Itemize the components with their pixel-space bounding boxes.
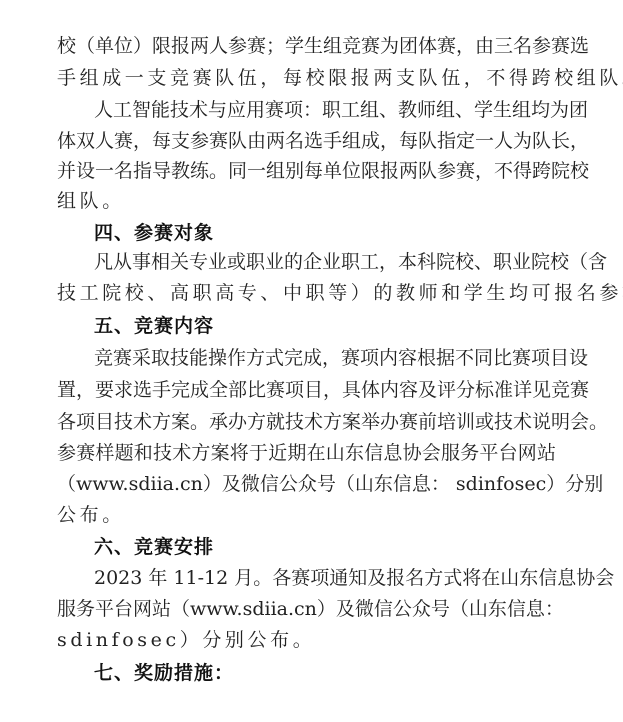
paragraph-line: 凡从事相关专业或职业的企业职工，本科院校、职业院校（含 (94, 247, 556, 277)
paragraph-line: 组队。 (57, 186, 556, 216)
paragraph-line: sdinfosec）分别公布。 (57, 625, 556, 655)
section-heading-content: 五、竞赛内容 (94, 311, 214, 341)
paragraph-line: 体双人赛，每支参赛队由两名选手组成，每队指定一人为队长， (57, 126, 556, 156)
paragraph-line: 各项目技术方案。承办方就技术方案举办赛前培训或技术说明会。 (57, 407, 569, 437)
paragraph-line: 公布。 (57, 500, 556, 530)
paragraph-line: 技工院校、高职高专、中职等）的教师和学生均可报名参赛。 (57, 278, 556, 308)
section-heading-rewards: 七、奖励措施： (94, 658, 234, 688)
section-heading-schedule: 六、竞赛安排 (94, 532, 214, 562)
paragraph-line: 手组成一支竞赛队伍，每校限报两支队伍，不得跨校组队。 (57, 63, 556, 93)
paragraph-line: 人工智能技术与应用赛项：职工组、教师组、学生组均为团 (94, 95, 556, 125)
paragraph-line-url: （www.sdiia.cn）及微信公众号（山东信息： sdinfosec）分别 (57, 469, 556, 499)
paragraph-line: 置，要求选手完成全部比赛项目，具体内容及评分标准详见竞赛 (57, 375, 556, 405)
paragraph-line: 竞赛采取技能操作方式完成，赛项内容根据不同比赛项目设 (94, 343, 556, 373)
section-heading-participants: 四、参赛对象 (94, 218, 214, 248)
paragraph-line: 并设一名指导教练。同一组别每单位限报两队参赛，不得跨院校 (57, 156, 556, 186)
paragraph-line: 参赛样题和技术方案将于近期在山东信息协会服务平台网站 (57, 438, 556, 468)
paragraph-line: 校（单位）限报两人参赛；学生组竞赛为团体赛，由三名参赛选 (57, 31, 556, 61)
paragraph-line: 2023 年 11-12 月。各赛项通知及报名方式将在山东信息协会 (94, 563, 556, 593)
paragraph-line-url: 服务平台网站（www.sdiia.cn）及微信公众号（山东信息： (57, 594, 556, 624)
document-page: 校（单位）限报两人参赛；学生组竞赛为团体赛，由三名参赛选 手组成一支竞赛队伍，每… (0, 0, 623, 722)
